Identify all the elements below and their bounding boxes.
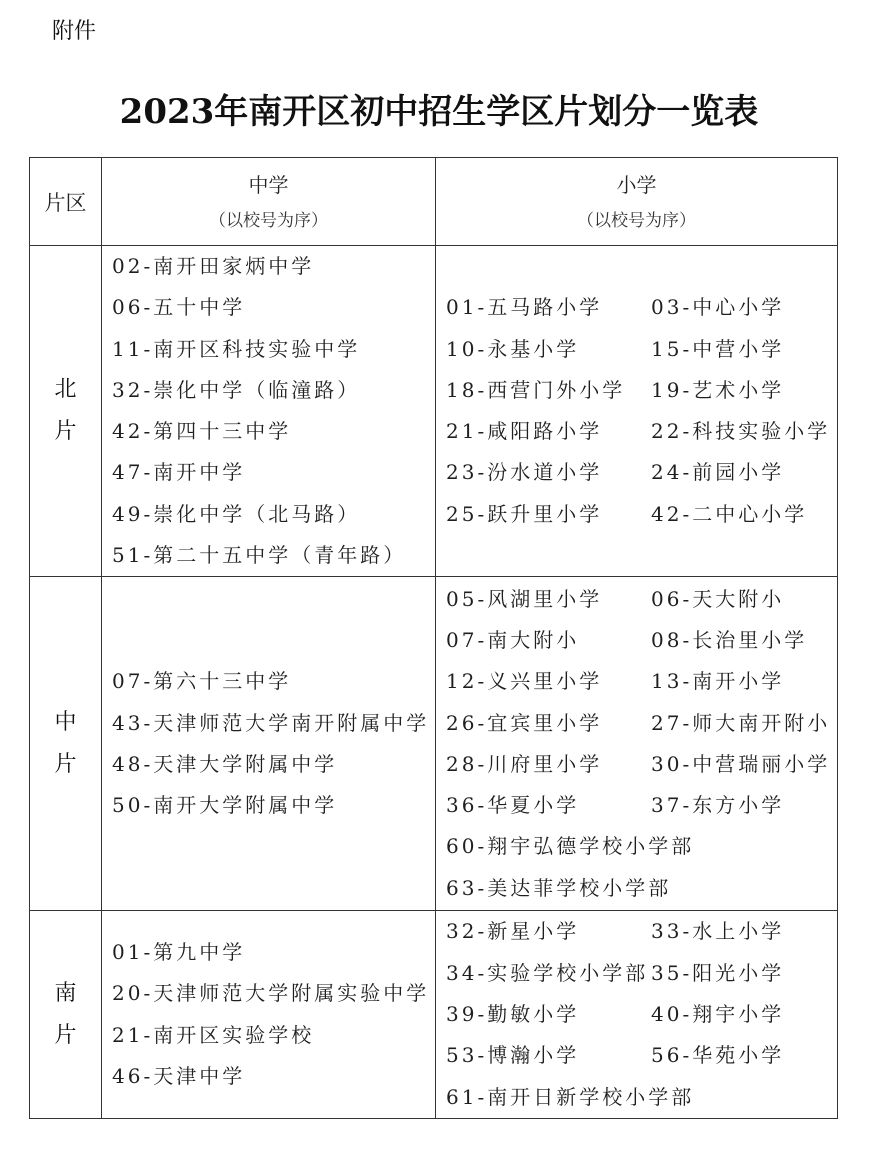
middle-school-item: 02-南开田家炳中学 — [112, 246, 435, 287]
primary-school-item: 12-义兴里小学 — [446, 661, 651, 702]
primary-school-item: 24-前园小学 — [651, 452, 841, 493]
primary-school-item: 05-风湖里小学 — [446, 579, 651, 620]
primary-school-item: 33-水上小学 — [651, 911, 841, 952]
middle-school-item: 50-南开大学附属中学 — [112, 785, 435, 826]
primary-school-item: 34-实验学校小学部 — [446, 953, 651, 994]
primary-school-item: 36-华夏小学 — [446, 785, 651, 826]
primary-school-item: 26-宜宾里小学 — [446, 703, 651, 744]
header-primary-school: 小学 （以校号为序） — [436, 158, 838, 246]
header-middle-note: （以校号为序） — [102, 209, 435, 233]
middle-school-list-north: 02-南开田家炳中学 06-五十中学 11-南开区科技实验中学 32-崇化中学（… — [102, 246, 436, 577]
document-title: 2023年南开区初中招生学区片划分一览表 — [0, 84, 878, 133]
zone-row-north: 北 片 02-南开田家炳中学 06-五十中学 11-南开区科技实验中学 32-崇… — [30, 246, 838, 577]
attachment-label: 附件 — [52, 14, 96, 45]
header-middle-school: 中学 （以校号为序） — [102, 158, 436, 246]
middle-school-item: 46-天津中学 — [112, 1056, 435, 1097]
primary-school-item: 15-中营小学 — [651, 329, 841, 370]
zone-name-north: 北 片 — [30, 246, 102, 577]
primary-school-item: 28-川府里小学 — [446, 744, 651, 785]
middle-school-item: 32-崇化中学（临潼路） — [112, 370, 435, 411]
middle-school-item: 48-天津大学附属中学 — [112, 744, 435, 785]
primary-school-item: 22-科技实验小学 — [651, 411, 841, 452]
primary-school-item: 13-南开小学 — [651, 661, 841, 702]
primary-school-item: 42-二中心小学 — [651, 494, 841, 535]
primary-school-item: 60-翔宇弘德学校小学部 — [446, 826, 841, 867]
primary-school-item: 08-长治里小学 — [651, 620, 841, 661]
primary-school-item: 18-西营门外小学 — [446, 370, 651, 411]
primary-school-item: 32-新星小学 — [446, 911, 651, 952]
middle-school-item: 20-天津师范大学附属实验中学 — [112, 973, 435, 1014]
primary-school-item: 30-中营瑞丽小学 — [651, 744, 841, 785]
primary-school-list-south: 32-新星小学 33-水上小学 34-实验学校小学部 35-阳光小学 39-勤敏… — [436, 911, 838, 1118]
primary-school-item: 37-东方小学 — [651, 785, 841, 826]
primary-school-item: 06-天大附小 — [651, 579, 841, 620]
primary-school-item: 23-汾水道小学 — [446, 452, 651, 493]
primary-school-item: 39-勤敏小学 — [446, 994, 651, 1035]
primary-school-item: 03-中心小学 — [651, 287, 841, 328]
zone-name-south: 南 片 — [30, 911, 102, 1118]
primary-school-item: 10-永基小学 — [446, 329, 651, 370]
header-primary-note: （以校号为序） — [436, 209, 837, 233]
primary-school-item: 07-南大附小 — [446, 620, 651, 661]
primary-school-list-north: 01-五马路小学 03-中心小学 10-永基小学 15-中营小学 18-西营门外… — [436, 246, 838, 577]
middle-school-item: 01-第九中学 — [112, 932, 435, 973]
primary-school-item: 56-华苑小学 — [651, 1035, 841, 1076]
zone-row-south: 南 片 01-第九中学 20-天津师范大学附属实验中学 21-南开区实验学校 4… — [30, 911, 838, 1118]
middle-school-item: 49-崇化中学（北马路） — [112, 494, 435, 535]
middle-school-item: 47-南开中学 — [112, 452, 435, 493]
middle-school-list-south: 01-第九中学 20-天津师范大学附属实验中学 21-南开区实验学校 46-天津… — [102, 911, 436, 1118]
table-header-row: 片区 中学 （以校号为序） 小学 （以校号为序） — [30, 158, 838, 246]
middle-school-list-middle: 07-第六十三中学 43-天津师范大学南开附属中学 48-天津大学附属中学 50… — [102, 577, 436, 911]
primary-school-item: 27-师大南开附小 — [651, 703, 841, 744]
primary-school-item: 01-五马路小学 — [446, 287, 651, 328]
primary-school-item: 21-咸阳路小学 — [446, 411, 651, 452]
primary-school-item: 61-南开日新学校小学部 — [446, 1077, 841, 1118]
zone-row-middle: 中 片 07-第六十三中学 43-天津师范大学南开附属中学 48-天津大学附属中… — [30, 577, 838, 911]
primary-school-list-middle: 05-风湖里小学 06-天大附小 07-南大附小 08-长治里小学 12-义兴里… — [436, 577, 838, 911]
header-middle-label: 中学 — [102, 171, 435, 199]
primary-school-item: 19-艺术小学 — [651, 370, 841, 411]
middle-school-item: 43-天津师范大学南开附属中学 — [112, 703, 435, 744]
primary-school-item: 53-博瀚小学 — [446, 1035, 651, 1076]
middle-school-item: 42-第四十三中学 — [112, 411, 435, 452]
header-zone: 片区 — [30, 158, 102, 246]
primary-school-item: 25-跃升里小学 — [446, 494, 651, 535]
primary-school-item: 63-美达菲学校小学部 — [446, 868, 841, 909]
middle-school-item: 51-第二十五中学（青年路） — [112, 535, 435, 576]
middle-school-item: 21-南开区实验学校 — [112, 1015, 435, 1056]
middle-school-item: 06-五十中学 — [112, 287, 435, 328]
primary-school-item: 35-阳光小学 — [651, 953, 841, 994]
header-primary-label: 小学 — [436, 171, 837, 199]
school-district-table: 片区 中学 （以校号为序） 小学 （以校号为序） 北 片 02-南开田家炳中学 … — [29, 157, 838, 1119]
middle-school-item: 07-第六十三中学 — [112, 661, 435, 702]
primary-school-item: 40-翔宇小学 — [651, 994, 841, 1035]
middle-school-item: 11-南开区科技实验中学 — [112, 329, 435, 370]
zone-name-middle: 中 片 — [30, 577, 102, 911]
